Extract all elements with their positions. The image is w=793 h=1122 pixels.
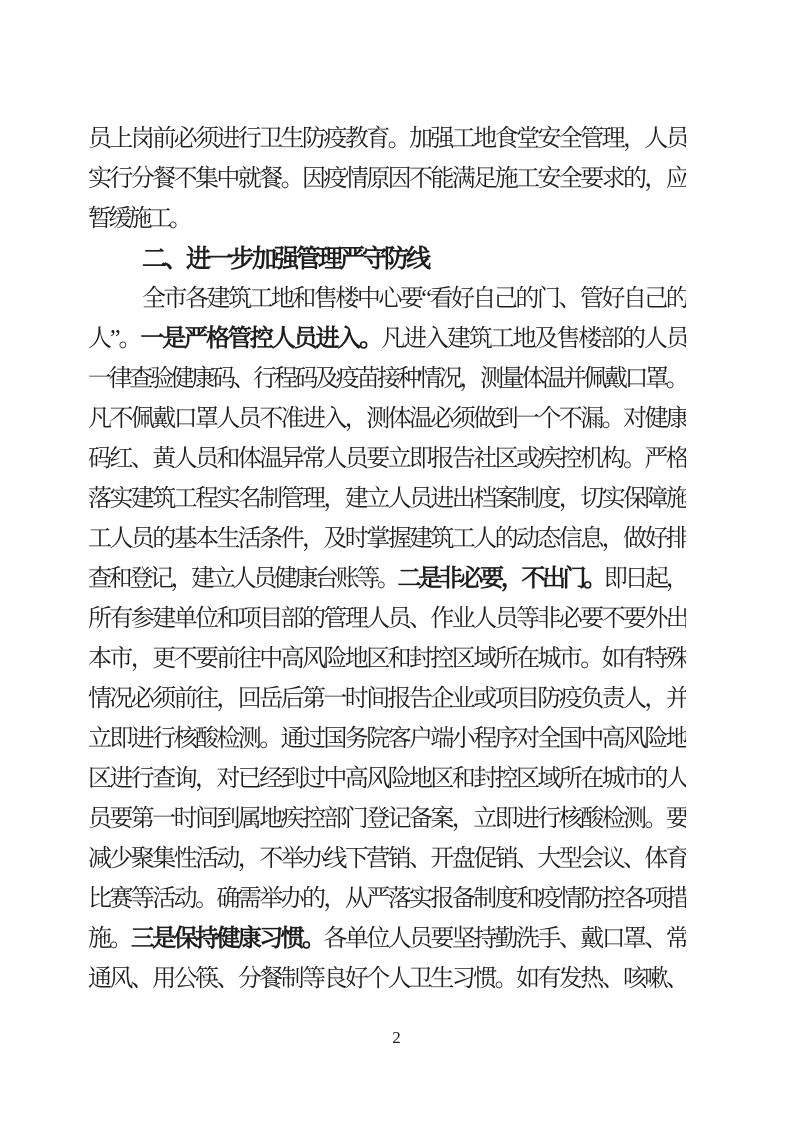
text-line: 比赛等活动。确需举办的，从严落实报备制度和疫情防控各项措 (88, 879, 686, 919)
emphasized-text: 二是非必要，不出门。 (398, 566, 604, 592)
text-line: 区进行查询，对已经到过中高风险地区和封控区域所在城市的人 (88, 759, 686, 799)
text-line: 凡不佩戴口罩人员不准进入，测体温必须做到一个不漏。对健康 (88, 399, 686, 439)
text-segment: 情况必须前往，回岳后第一时间报告企业或项目防疫负责人，并 (88, 686, 686, 712)
text-line: 查和登记，建立人员健康台账等。二是非必要，不出门。即日起， (88, 559, 686, 599)
text-segment: 落实建筑工程实名制管理，建立人员进出档案制度，切实保障施 (88, 486, 686, 512)
text-segment: 员要第一时间到属地疾控部门登记备案，立即进行核酸检测。要 (88, 806, 686, 832)
emphasized-text: 二、进一步加强管理严守防线 (142, 245, 428, 273)
text-line: 员要第一时间到属地疾控部门登记备案，立即进行核酸检测。要 (88, 799, 686, 839)
text-segment: 凡进入建筑工地及售楼部的人员 (381, 326, 686, 352)
document-page: 员上岗前必须进行卫生防疫教育。加强工地食堂安全管理，人员实行分餐不集中就餐。因疫… (0, 0, 793, 1122)
text-segment: 凡不佩戴口罩人员不准进入，测体温必须做到一个不漏。对健康 (88, 406, 686, 432)
text-segment: 查和登记，建立人员健康台账等。 (88, 566, 398, 592)
text-line: 工人员的基本生活条件，及时掌握建筑工人的动态信息，做好排 (88, 519, 686, 559)
text-segment: 减少聚集性活动，不举办线下营销、开盘促销、大型会议、体育 (88, 846, 686, 872)
text-line: 本市，更不要前往中高风险地区和封控区域所在城市。如有特殊 (88, 639, 686, 679)
text-line: 落实建筑工程实名制管理，建立人员进出档案制度，切实保障施 (88, 479, 686, 519)
text-segment: 通风、用公筷、分餐制等良好个人卫生习惯。如有发热、咳嗽、 (88, 966, 686, 992)
text-segment: 人”。 (88, 326, 140, 352)
text-line: 施。三是保持健康习惯。各单位人员要坚持勤洗手、戴口罩、常 (88, 919, 686, 959)
text-segment: 全市各建筑工地和售楼中心要“看好自己的门、管好自己的 (142, 286, 686, 312)
text-line: 员上岗前必须进行卫生防疫教育。加强工地食堂安全管理，人员 (88, 119, 686, 159)
section-heading: 二、进一步加强管理严守防线 (88, 239, 686, 279)
text-line: 暂缓施工。 (88, 199, 686, 239)
text-segment: 立即进行核酸检测。通过国务院客户端小程序对全国中高风险地 (88, 726, 686, 752)
page-number: 2 (0, 1028, 793, 1048)
text-segment: 实行分餐不集中就餐。因疫情原因不能满足施工安全要求的，应 (88, 166, 686, 192)
text-segment: 一律查验健康码、行程码及疫苗接种情况，测量体温并佩戴口罩。 (88, 366, 686, 392)
emphasized-text: 一是严格管控人员进入。 (140, 326, 381, 352)
text-segment: 比赛等活动。确需举办的，从严落实报备制度和疫情防控各项措 (88, 886, 686, 912)
text-segment: 本市，更不要前往中高风险地区和封控区域所在城市。如有特殊 (88, 646, 686, 672)
text-line: 立即进行核酸检测。通过国务院客户端小程序对全国中高风险地 (88, 719, 686, 759)
text-line: 所有参建单位和项目部的管理人员、作业人员等非必要不要外出 (88, 599, 686, 639)
text-line: 减少聚集性活动，不举办线下营销、开盘促销、大型会议、体育 (88, 839, 686, 879)
text-line: 全市各建筑工地和售楼中心要“看好自己的门、管好自己的 (88, 279, 686, 319)
text-segment: 所有参建单位和项目部的管理人员、作业人员等非必要不要外出 (88, 606, 686, 632)
text-line: 情况必须前往，回岳后第一时间报告企业或项目防疫负责人，并 (88, 679, 686, 719)
text-line: 一律查验健康码、行程码及疫苗接种情况，测量体温并佩戴口罩。 (88, 359, 686, 399)
text-segment: 工人员的基本生活条件，及时掌握建筑工人的动态信息，做好排 (88, 526, 686, 552)
document-body: 员上岗前必须进行卫生防疫教育。加强工地食堂安全管理，人员实行分餐不集中就餐。因疫… (88, 119, 686, 999)
text-segment: 员上岗前必须进行卫生防疫教育。加强工地食堂安全管理，人员 (88, 126, 686, 152)
text-segment: 区进行查询，对已经到过中高风险地区和封控区域所在城市的人 (88, 766, 686, 792)
text-line: 通风、用公筷、分餐制等良好个人卫生习惯。如有发热、咳嗽、 (88, 959, 686, 999)
text-segment: 施。 (88, 926, 131, 952)
text-line: 码红、黄人员和体温异常人员要立即报告社区或疾控机构。严格 (88, 439, 686, 479)
emphasized-text: 三是保持健康习惯。 (131, 926, 324, 952)
text-segment: 暂缓施工。 (88, 206, 189, 232)
text-segment: 即日起， (604, 566, 686, 592)
text-segment: 码红、黄人员和体温异常人员要立即报告社区或疾控机构。严格 (88, 446, 686, 472)
text-line: 实行分餐不集中就餐。因疫情原因不能满足施工安全要求的，应 (88, 159, 686, 199)
text-segment: 各单位人员要坚持勤洗手、戴口罩、常 (323, 926, 686, 952)
text-line: 人”。一是严格管控人员进入。凡进入建筑工地及售楼部的人员 (88, 319, 686, 359)
